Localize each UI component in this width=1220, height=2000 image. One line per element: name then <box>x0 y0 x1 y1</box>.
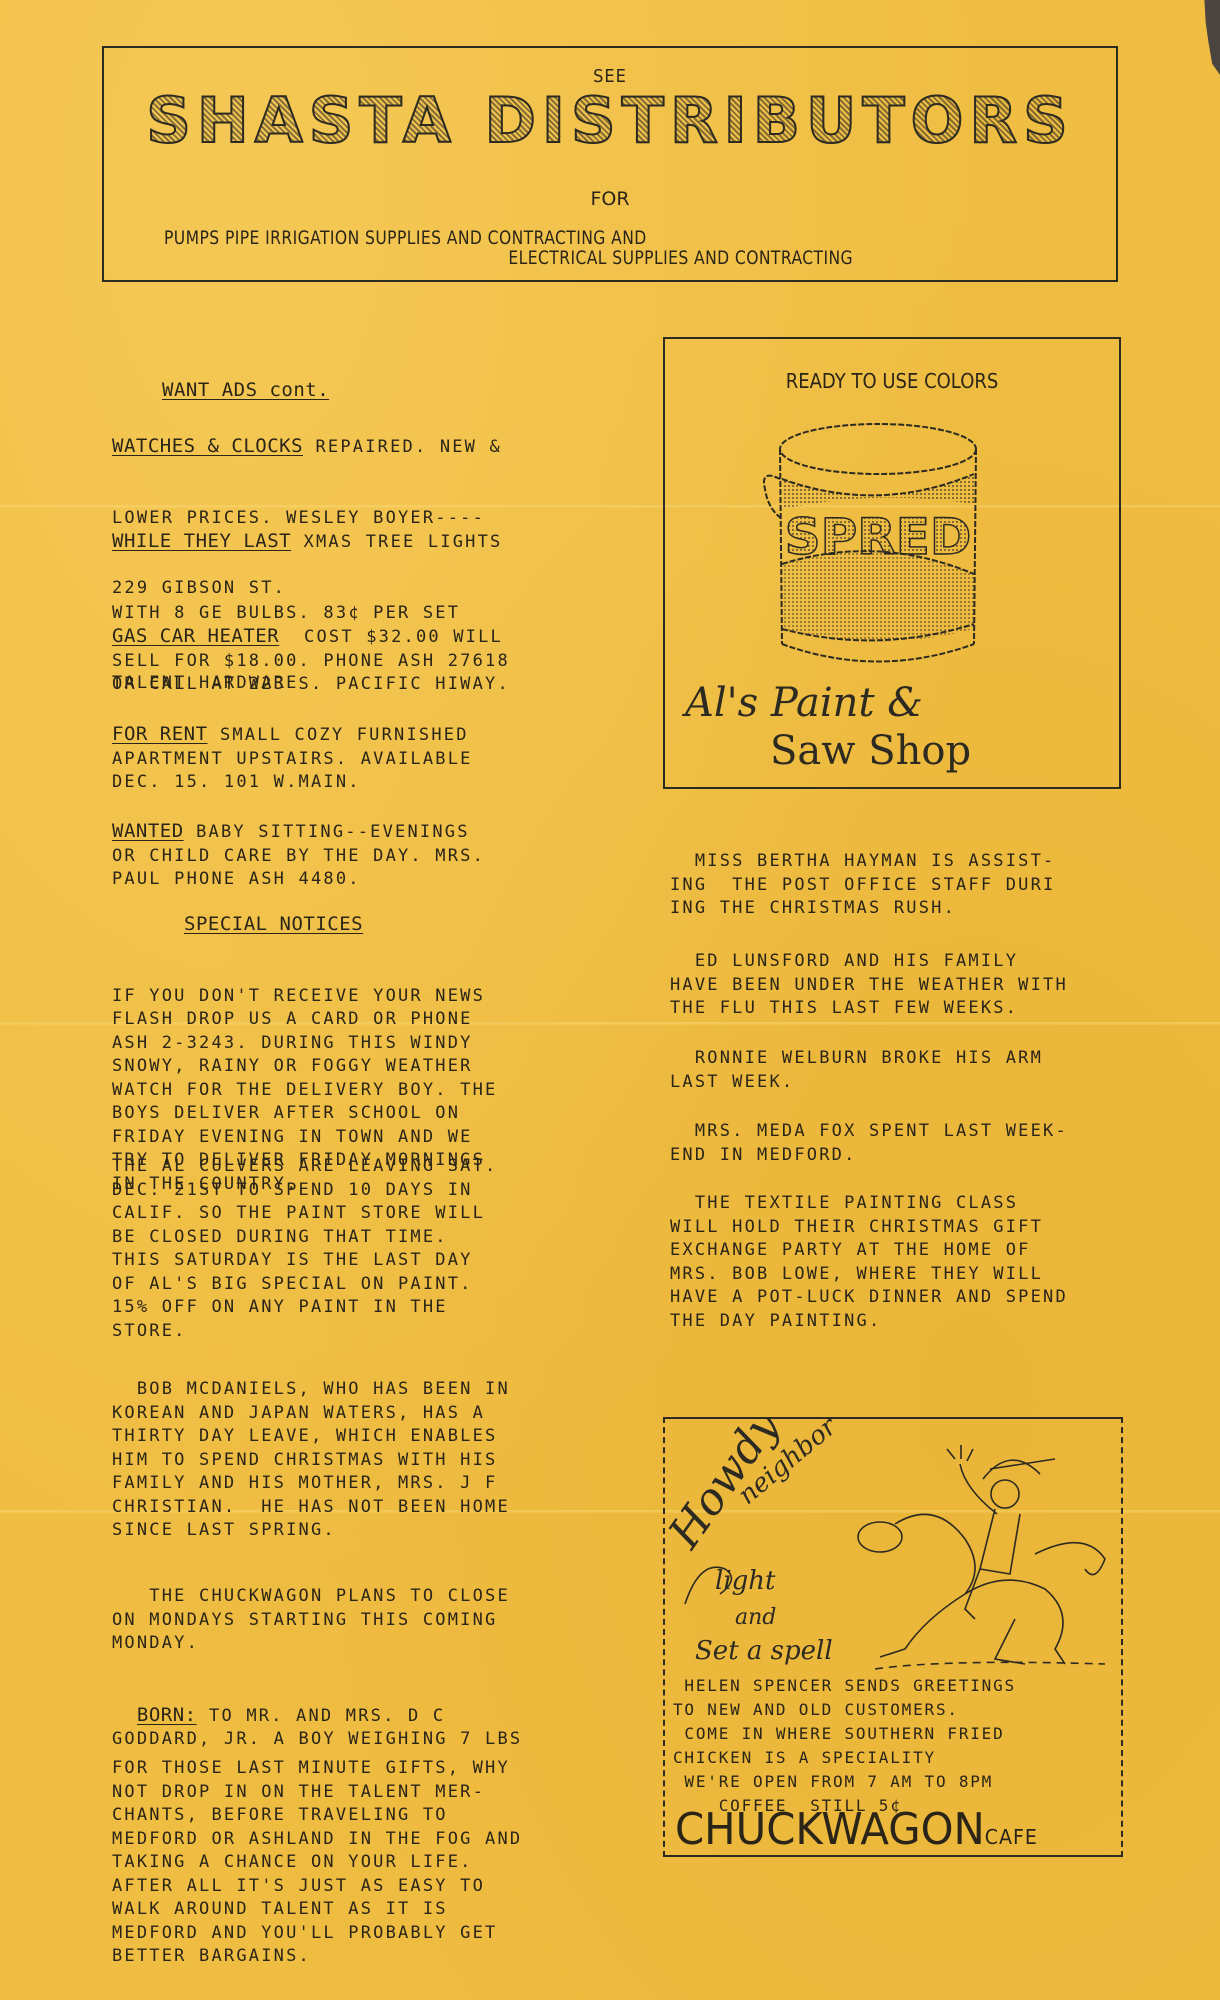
news-item: The textile painting class will hold the… <box>670 1192 1140 1333</box>
svg-text:and: and <box>735 1605 776 1630</box>
paint-can-icon: SPRED <box>760 409 990 679</box>
news-item: Mrs. Meda Fox spent last week- end in Me… <box>670 1120 1140 1167</box>
als-paint-ad: READY TO USE COLORS SPRED Al's Paint & S… <box>663 337 1121 789</box>
chuckwagon-closing-notice: The Chuckwagon plans to close on Mondays… <box>112 1585 632 1656</box>
shop-name-line1: Al's Paint & <box>685 679 971 727</box>
special-notices-heading: SPECIAL NOTICES <box>184 913 363 935</box>
want-ad-lead: GAS CAR HEATER <box>112 625 279 647</box>
mcdaniels-notice: Bob McDaniels, who has been in Korean an… <box>112 1378 632 1543</box>
cafe-label: CAFE <box>985 1825 1038 1849</box>
chuckwagon-name: CHUCKWAGONCAFE <box>675 1804 1038 1855</box>
chuckwagon-wordmark: CHUCKWAGON <box>675 1804 985 1855</box>
chuckwagon-ad: Howdy neighbor light and Set a spell HEL… <box>663 1417 1123 1857</box>
ad-products-line1: PUMPS PIPE IRRIGATION SUPPLIES AND CONTR… <box>164 228 853 248</box>
want-ad-lead: FOR RENT <box>112 723 208 745</box>
torn-corner <box>1194 0 1220 75</box>
svg-text:SPRED: SPRED <box>785 508 972 566</box>
gifts-notice: For those last minute gifts, why not dro… <box>112 1757 632 1969</box>
news-item: Miss Bertha Hayman is assist- ing the po… <box>670 850 1140 921</box>
want-ad-text: repaired. New & <box>303 437 502 457</box>
birth-announcement: BORN: to Mr. and Mrs. D C Goddard, Jr. a… <box>112 1680 632 1752</box>
born-lead: BORN: <box>137 1704 197 1726</box>
want-ad-lead: WHILE THEY LAST <box>112 530 291 552</box>
shop-name-line2: Saw Shop <box>685 727 971 775</box>
shasta-distributors-ad: SEE SHASTA DISTRIBUTORS FOR PUMPS PIPE I… <box>102 46 1118 282</box>
svg-text:Set a spell: Set a spell <box>695 1636 833 1666</box>
ad-for-label: FOR <box>104 188 1116 210</box>
want-ad-lead: WATCHES & CLOCKS <box>112 435 303 457</box>
ad-title: SHASTA DISTRIBUTORS <box>104 84 1116 157</box>
want-ad-lead: WANTED <box>112 820 184 842</box>
want-ad-text: Xmas tree lights <box>291 532 502 552</box>
cowboy-on-horse-icon: Howdy neighbor light and Set a spell <box>665 1419 1121 1679</box>
ad-products: PUMPS PIPE IRRIGATION SUPPLIES AND CONTR… <box>164 228 853 268</box>
chuckwagon-ad-text: HELEN SPENCER sends greetings to new and… <box>673 1674 1016 1818</box>
news-item: Ed Lunsford and his family have been und… <box>670 950 1140 1021</box>
news-item: Ronnie Welburn broke his arm last week. <box>670 1047 1140 1094</box>
ad-products-line2: ELECTRICAL SUPPLIES AND CONTRACTING <box>164 248 853 268</box>
shop-name: Al's Paint & Saw Shop <box>685 679 971 775</box>
culvers-notice: The Al Culvers are leaving Sat. Dec. 21s… <box>112 1155 632 1343</box>
paint-headline: READY TO USE COLORS <box>688 369 1097 393</box>
